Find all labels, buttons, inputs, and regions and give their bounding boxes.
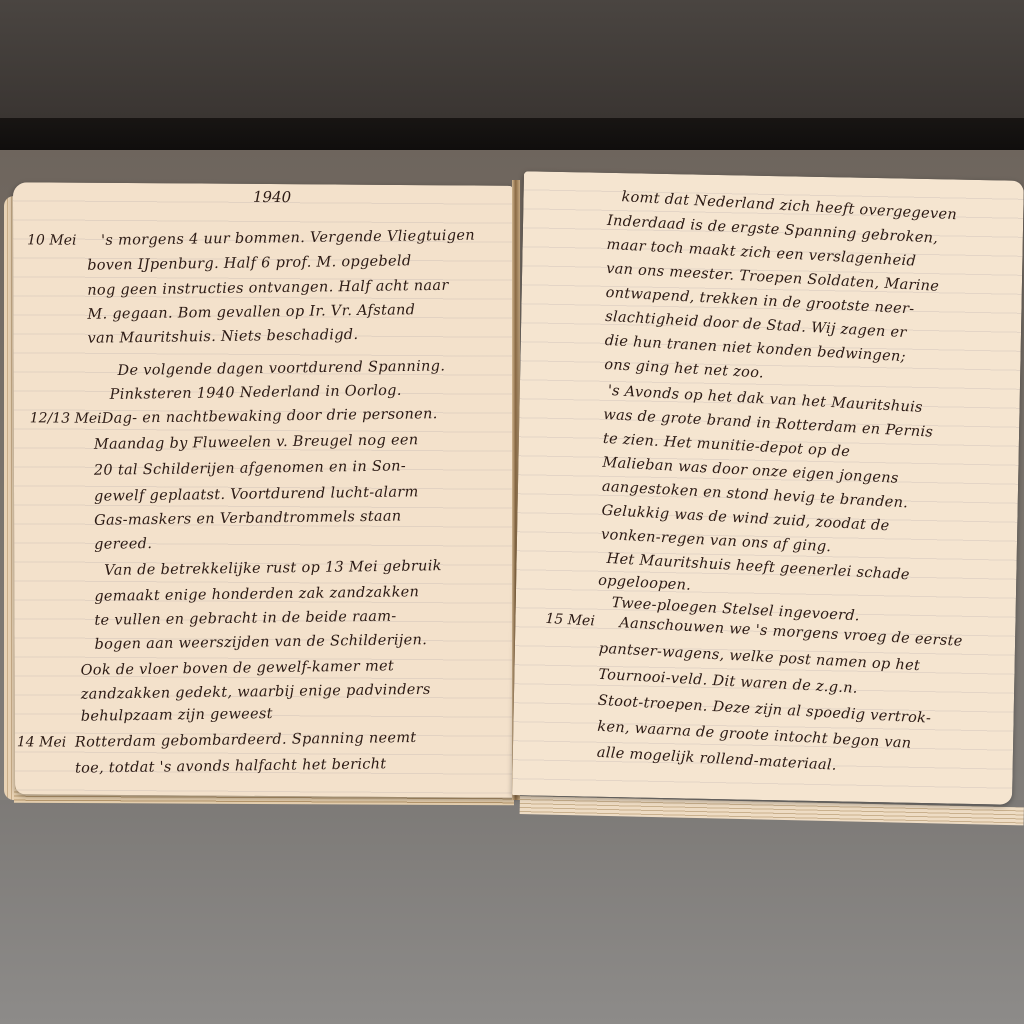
diary-line: Gas-maskers en Verbandtrommels staan	[94, 509, 402, 529]
diary-line: gemaakt enige honderden zak zandzakken	[94, 584, 419, 605]
entry-date-15-mei: 15 Mei	[545, 611, 595, 630]
diary-line: De volgende dagen voortdurend Spanning.	[117, 358, 445, 379]
diary-line: gewelf geplaatst. Voortdurend lucht-alar…	[94, 484, 419, 505]
diary-line: nog geen instructies ontvangen. Half ach…	[87, 278, 449, 299]
diary-line: behulpzaam zijn geweest	[81, 706, 273, 725]
diary-line: te zien. Het munitie-depot op de	[602, 431, 850, 460]
diary-line: gereed.	[94, 536, 152, 553]
diary-line: alle mogelijk rollend-materiaal.	[596, 745, 837, 774]
diary-line: Pinksteren 1940 Nederland in Oorlog.	[109, 383, 401, 403]
diary-line: bogen aan weerszijden van de Schilderije…	[94, 632, 427, 653]
diary-line: Rotterdam gebombardeerd. Spanning neemt	[75, 730, 417, 751]
open-diary: 1940 10 Mei 's morgens 4 uur bommen. Ver…	[0, 0, 1024, 1024]
diary-line: opgeloopen.	[598, 573, 692, 594]
diary-line: Tournooi-veld. Dit waren de z.g.n.	[598, 667, 858, 697]
diary-line: toe, totdat 's avonds halfacht het beric…	[75, 756, 387, 776]
diary-line: 20 tal Schilderijen afgenomen en in Son-	[94, 458, 406, 478]
left-page: 1940 10 Mei 's morgens 4 uur bommen. Ver…	[13, 182, 515, 798]
diary-line: van Mauritshuis. Niets beschadigd.	[87, 327, 358, 347]
diary-line: vonken-regen van ons af ging.	[601, 527, 832, 555]
diary-line: zandzakken gedekt, waarbij enige padvind…	[81, 682, 431, 703]
diary-line: M. gegaan. Bom gevallen op Ir. Vr. Afsta…	[87, 302, 415, 323]
diary-line: boven IJpenburg. Half 6 prof. M. opgebel…	[87, 253, 412, 274]
diary-line: ons ging het net zoo.	[604, 357, 764, 382]
diary-line: Van de betrekkelijke rust op 13 Mei gebr…	[104, 558, 442, 579]
diary-line: Dag- en nachtbewaking door drie personen…	[102, 406, 438, 427]
entry-date-14-mei: 14 Mei	[17, 734, 66, 750]
diary-line: Ook de vloer boven de gewelf-kamer met	[80, 658, 394, 678]
diary-line: Maandag by Fluweelen v. Breugel nog een	[94, 432, 419, 453]
diary-line: 's morgens 4 uur bommen. Vergende Vliegt…	[101, 228, 475, 249]
diary-line: te vullen en gebracht in de beide raam-	[94, 609, 396, 629]
entry-date-12-13-mei: 12/13 Mei	[30, 410, 102, 427]
entry-date-10-mei: 10 Mei	[27, 232, 76, 248]
year-heading: 1940	[253, 188, 291, 206]
right-page: komt dat Nederland zich heeft overgegeve…	[512, 171, 1024, 804]
